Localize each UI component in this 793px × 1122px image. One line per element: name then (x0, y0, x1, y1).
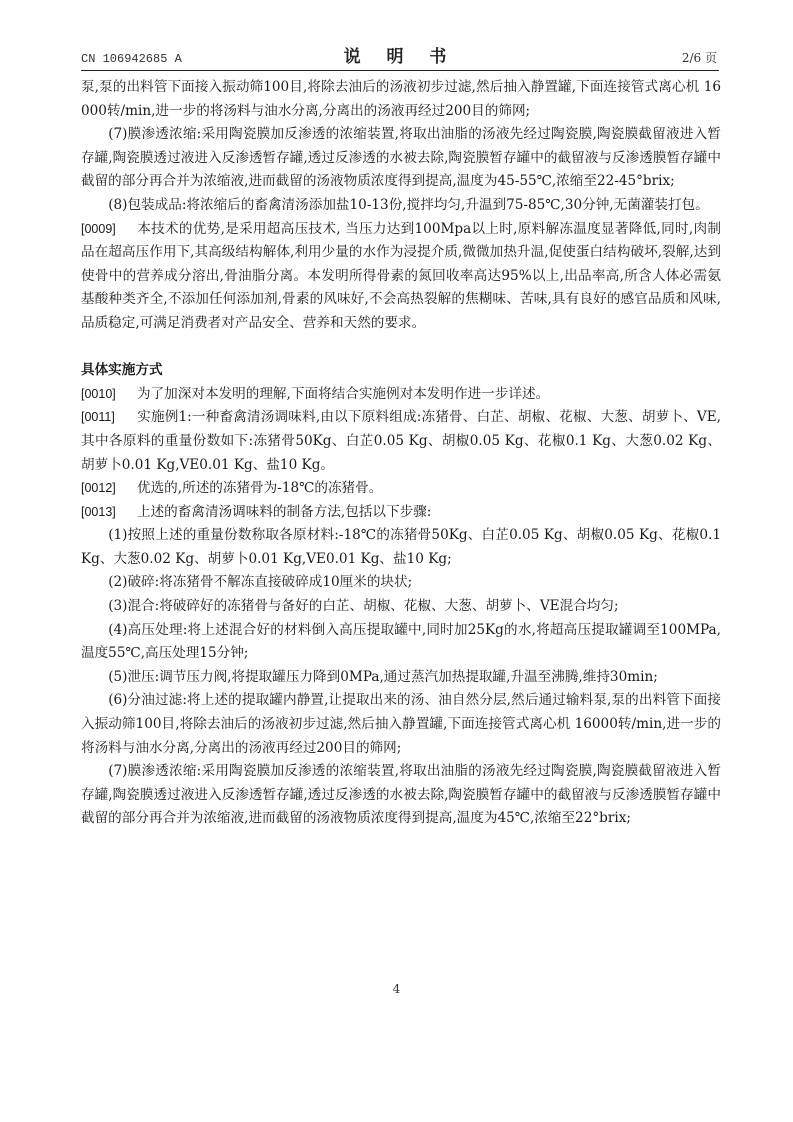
paragraph-0011: [0011]实施例1:一种畜禽清汤调味料,由以下原料组成:冻猪骨、白芷、胡椒、花… (81, 406, 721, 477)
step-7: (7)膜渗透浓缩:采用陶瓷膜加反渗透的浓缩装置,将取出油脂的汤液先经过陶瓷膜,陶… (81, 123, 721, 194)
page-header: CN 106942685 A 说 明 书 2/6 页 (81, 44, 719, 71)
method-step-3: (3)混合:将破碎好的冻猪骨与备好的白芷、胡椒、花椒、大葱、胡萝卜、VE混合均匀… (81, 595, 721, 619)
paragraph-number: [0013] (81, 501, 137, 525)
method-step-5: (5)泄压:调节压力阀,将提取罐压力降到0MPa,通过蒸汽加热提取罐,升温至沸腾… (81, 666, 721, 690)
paragraph-0012: [0012]优选的,所述的冻猪骨为-18℃的冻猪骨。 (81, 477, 721, 501)
paragraph-number: [0009] (81, 218, 137, 242)
spacer (81, 336, 721, 360)
page-number: 4 (0, 982, 793, 996)
document-title: 说 明 书 (81, 42, 719, 67)
method-step-6: (6)分油过滤:将上述的提取罐内静置,让提取出来的汤、油自然分层,然后通过输料泵… (81, 689, 721, 760)
paragraph-text: 为了加深对本发明的理解,下面将结合实施例对本发明作进一步详述。 (137, 386, 549, 402)
paragraph-number: [0012] (81, 477, 137, 501)
method-step-1: (1)按照上述的重量份数称取各原材料:-18℃的冻猪骨50Kg、白芷0.05 K… (81, 524, 721, 571)
paragraph-text: 实施例1:一种畜禽清汤调味料,由以下原料组成:冻猪骨、白芷、胡椒、花椒、大葱、胡… (81, 409, 721, 472)
step-8: (8)包装成品:将浓缩后的畜禽清汤添加盐10-13份,搅拌均匀,升温到75-85… (81, 194, 721, 218)
document-body: 泵,泵的出料管下面接入振动筛100目,将除去油后的汤液初步过滤,然后抽入静置罐,… (81, 76, 721, 831)
section-title: 具体实施方式 (81, 359, 721, 383)
paragraph-0010: [0010]为了加深对本发明的理解,下面将结合实施例对本发明作进一步详述。 (81, 383, 721, 407)
continued-step-6: 泵,泵的出料管下面接入振动筛100目,将除去油后的汤液初步过滤,然后抽入静置罐,… (81, 76, 721, 123)
paragraph-text: 优选的,所述的冻猪骨为-18℃的冻猪骨。 (137, 480, 382, 496)
method-step-7: (7)膜渗透浓缩:采用陶瓷膜加反渗透的浓缩装置,将取出油脂的汤液先经过陶瓷膜,陶… (81, 760, 721, 831)
paragraph-0013: [0013]上述的畜禽清汤调味料的制备方法,包括以下步骤: (81, 501, 721, 525)
page-count: 2/6 页 (682, 49, 717, 66)
paragraph-0009: [0009]本技术的优势,是采用超高压技术, 当压力达到100Mpa以上时,原料… (81, 218, 721, 336)
paragraph-number: [0010] (81, 383, 137, 407)
method-step-2: (2)破碎:将冻猪骨不解冻直接破碎成10厘米的块状; (81, 571, 721, 595)
paragraph-text: 上述的畜禽清汤调味料的制备方法,包括以下步骤: (137, 504, 431, 520)
method-step-4: (4)高压处理:将上述混合好的材料倒入高压提取罐中,同时加25Kg的水,将超高压… (81, 619, 721, 666)
paragraph-text: 本技术的优势,是采用超高压技术, 当压力达到100Mpa以上时,原料解冻温度显著… (81, 221, 721, 331)
paragraph-number: [0011] (81, 406, 137, 430)
